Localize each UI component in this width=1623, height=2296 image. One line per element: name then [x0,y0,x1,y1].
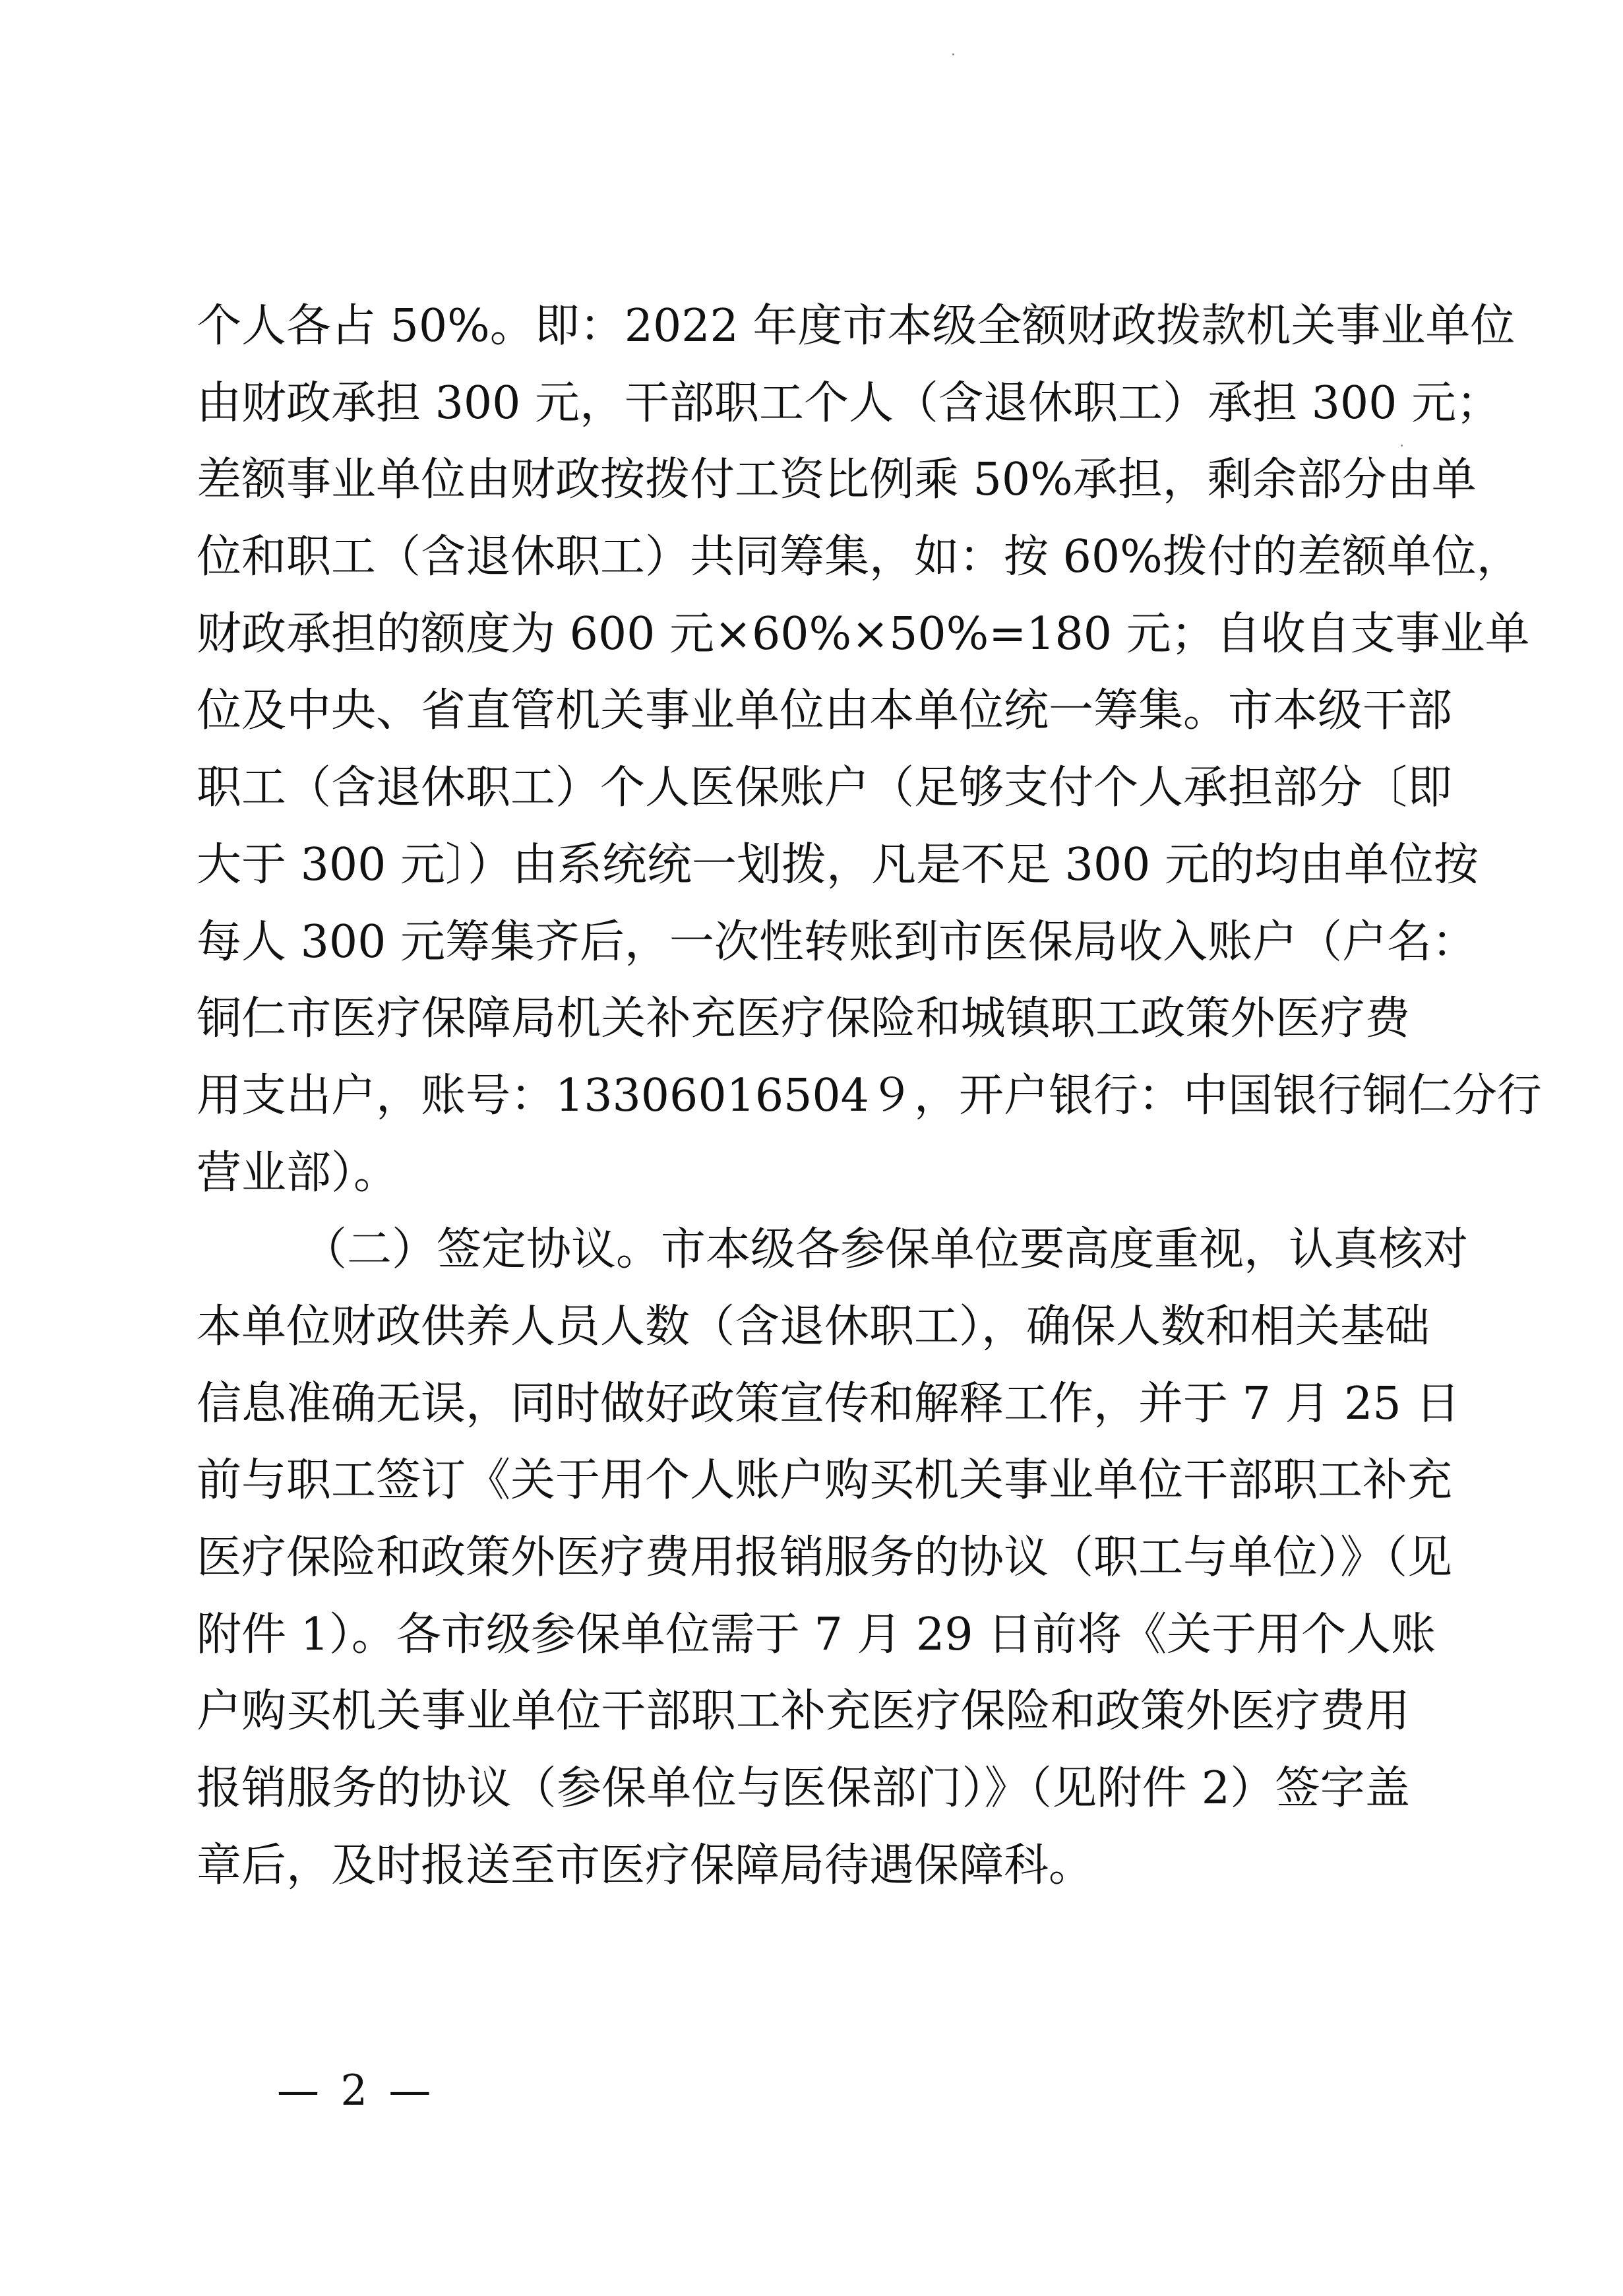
document-page: 个人各占 50%。即：2022 年度市本级全额财政拨款机关事业单位 由财政承担 … [0,0,1623,2296]
scan-artifact [1401,445,1403,447]
section-heading-line: （二）签定协议。市本级各参保单位要高度重视，认真核对 [197,1214,1410,1291]
text-line: 户购买机关事业单位干部职工补充医疗保险和政策外医疗费用 [197,1675,1410,1753]
paragraph-2: （二）签定协议。市本级各参保单位要高度重视，认真核对 本单位财政供养人员人数（含… [197,1214,1410,1906]
text-line: 附件 1）。各市级参保单位需于 7 月 29 日前将《关于用个人账 [197,1599,1410,1676]
text-line: 医疗保险和政策外医疗费用报销服务的协议（职工与单位）》（见 [197,1522,1410,1599]
body-text: 个人各占 50%。即：2022 年度市本级全额财政拨款机关事业单位 由财政承担 … [197,290,1410,1906]
text-line: 前与职工签订《关于用个人账户购买机关事业单位干部职工补充 [197,1444,1410,1522]
text-line: 章后，及时报送至市医疗保障局待遇保障科。 [197,1830,1410,1907]
text-line: 由财政承担 300 元，干部职工个人（含退休职工）承担 300 元； [197,367,1410,445]
text-line: 位及中央、省直管机关事业单位由本单位统一筹集。市本级干部 [197,675,1410,752]
page-number: — 2 — [277,2064,435,2117]
scan-artifact [952,53,954,55]
text-line: 营业部）。 [197,1137,1410,1214]
text-line: 差额事业单位由财政按拨付工资比例乘 50%承担，剩余部分由单 [197,444,1410,521]
text-line: 用支出户，账号：13306016504９，开户银行：中国银行铜仁分行 [197,1060,1410,1137]
text-line: 信息准确无误，同时做好政策宣传和解释工作，并于 7 月 25 日 [197,1368,1410,1445]
text-line: 报销服务的协议（参保单位与医保部门）》（见附件 2）签字盖 [197,1753,1410,1830]
text-line: 财政承担的额度为 600 元×60%×50%=180 元；自收自支事业单 [197,598,1410,675]
text-line: 每人 300 元筹集齐后，一次性转账到市医保局收入账户（户名： [197,906,1410,983]
text-line: 大于 300 元〕）由系统统一划拨，凡是不足 300 元的均由单位按 [197,829,1410,906]
text-line: 本单位财政供养人员人数（含退休职工），确保人数和相关基础 [197,1291,1410,1368]
text-line: 铜仁市医疗保障局机关补充医疗保险和城镇职工政策外医疗费 [197,983,1410,1060]
text-line: 位和职工（含退休职工）共同筹集，如：按 60%拨付的差额单位， [197,521,1410,598]
text-line: 职工（含退休职工）个人医保账户（足够支付个人承担部分〔即 [197,752,1410,829]
scan-artifact [839,1712,841,1714]
text-line: 个人各占 50%。即：2022 年度市本级全额财政拨款机关事业单位 [197,290,1410,367]
paragraph-1: 个人各占 50%。即：2022 年度市本级全额财政拨款机关事业单位 由财政承担 … [197,290,1410,1214]
